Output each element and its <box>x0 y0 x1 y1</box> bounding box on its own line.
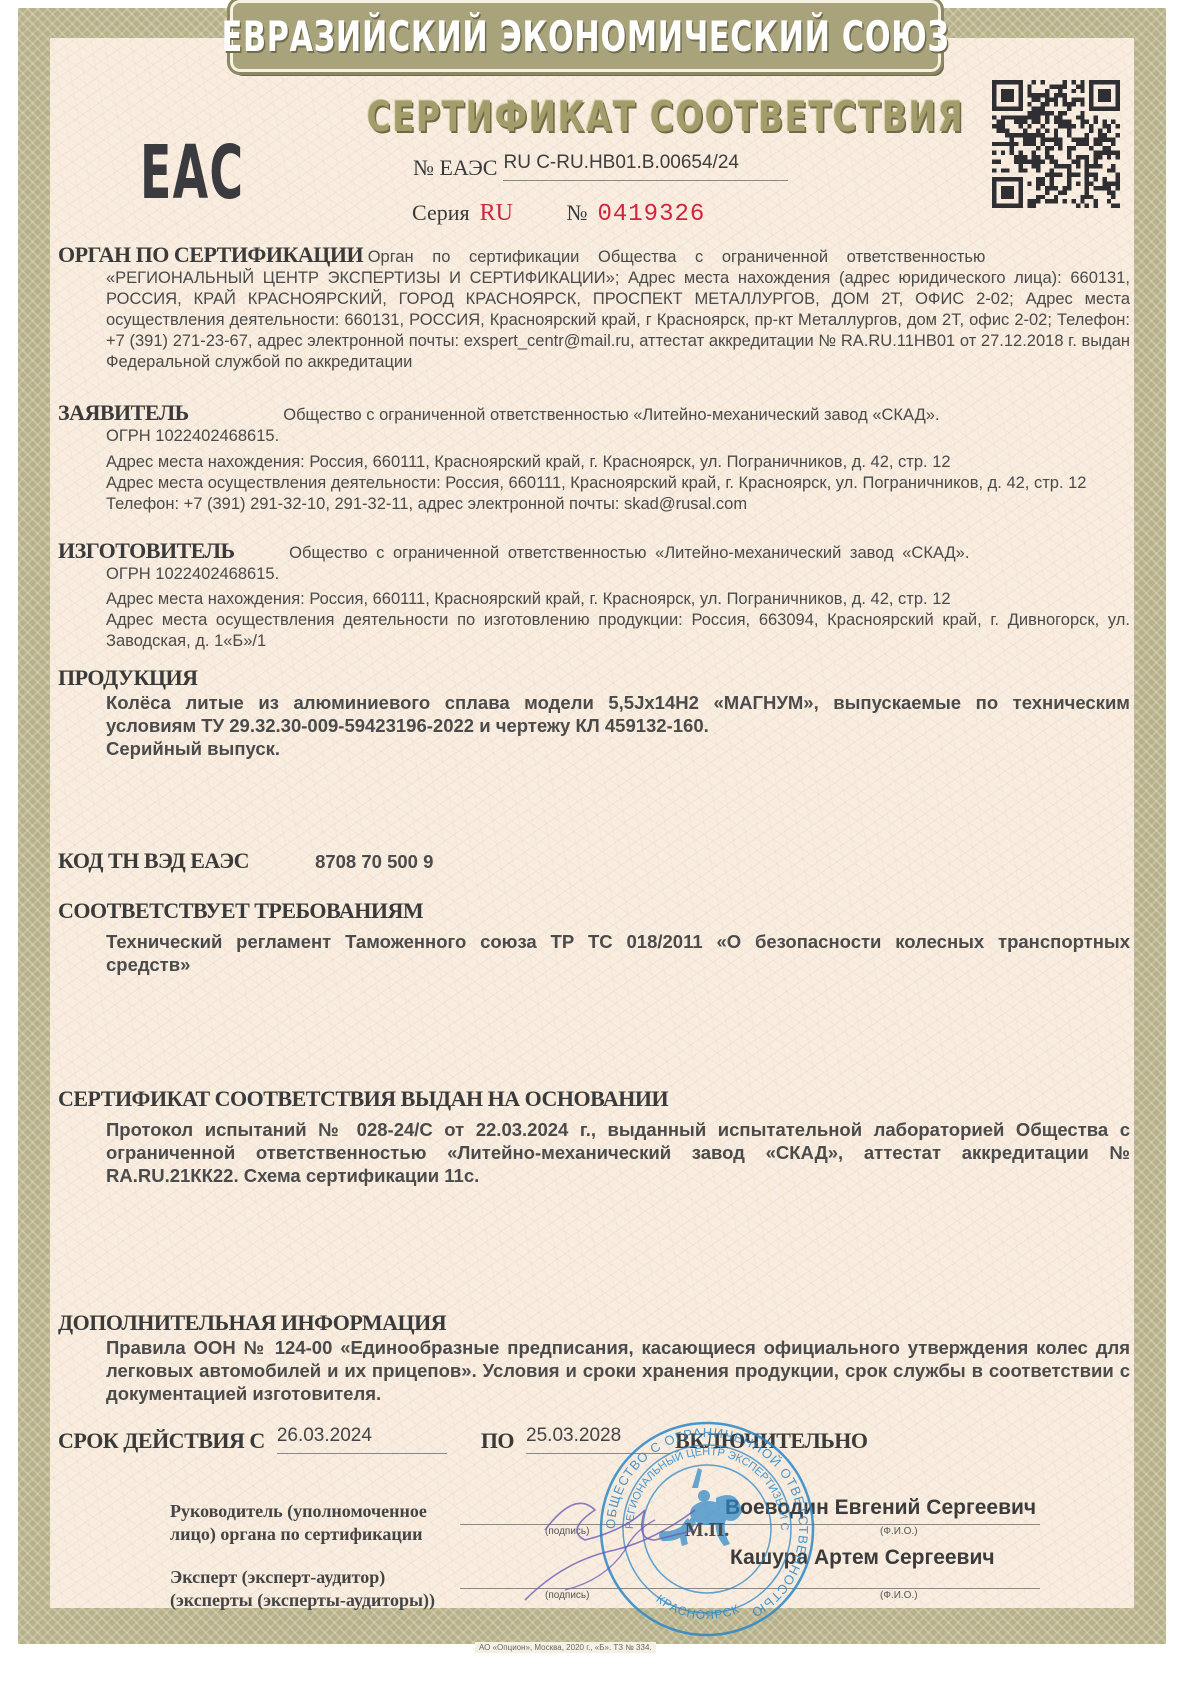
basis-text: Протокол испытаний № 028-24/С от 22.03.2… <box>58 1118 1130 1187</box>
tn-ved-code: 8708 70 500 9 <box>315 851 433 872</box>
product-description: Колёса литые из алюминиевого сплава моде… <box>58 691 1130 737</box>
applicant-ogrn: ОГРН 1022402468615. <box>58 426 1130 447</box>
registration-number: RU C-RU.НВ01.В.00654/24 <box>503 152 788 181</box>
additional-text: Правила ООН № 124-00 «Единообразные пред… <box>58 1336 1130 1405</box>
validity-from-date: 26.03.2024 <box>277 1425 447 1454</box>
certification-body-first-line: Орган по сертификации Общества с огранич… <box>368 248 986 266</box>
validity-to-label: ПО <box>481 1428 514 1454</box>
expert-label: Эксперт (эксперт-аудитор) (эксперты (экс… <box>170 1566 440 1612</box>
series-value: RU <box>480 200 513 226</box>
applicant-heading: ЗАЯВИТЕЛЬ <box>58 400 189 425</box>
manufacturer-heading: ИЗГОТОВИТЕЛЬ <box>58 538 235 563</box>
registration-label: № ЕАЭС <box>413 155 497 181</box>
eac-logo-icon: EAC <box>140 130 244 216</box>
printer-imprint: АО «Опцион», Москва, 2020 г., «Б». ТЗ № … <box>475 1642 656 1653</box>
section-basis: СЕРТИФИКАТ СООТВЕТСТВИЯ ВЫДАН НА ОСНОВАН… <box>58 1086 1130 1187</box>
manufacturer-address: Адрес места нахождения: Россия, 660111, … <box>58 589 1130 610</box>
certificate-title: СЕРТИФИКАТ СООТВЕТСТВИЯ <box>367 92 804 141</box>
validity-from-label: СРОК ДЕЙСТВИЯ С <box>58 1428 265 1454</box>
additional-heading: ДОПОЛНИТЕЛЬНАЯ ИНФОРМАЦИЯ <box>58 1310 1130 1336</box>
head-label: Руководитель (уполномоченное лицо) орган… <box>170 1500 440 1546</box>
union-banner: ЕВРАЗИЙСКИЙ ЭКОНОМИЧЕСКИЙ СОЮЗ <box>230 0 941 72</box>
union-banner-text: ЕВРАЗИЙСКИЙ ЭКОНОМИЧЕСКИЙ СОЮЗ <box>221 12 949 61</box>
manufacturer-ogrn: ОГРН 1022402468615. <box>58 564 1130 585</box>
certification-body-text: «РЕГИОНАЛЬНЫЙ ЦЕНТР ЭКСПЕРТИЗЫ И СЕРТИФИ… <box>58 268 1130 373</box>
tn-ved-heading: КОД ТН ВЭД ЕАЭС <box>58 848 249 873</box>
section-additional-info: ДОПОЛНИТЕЛЬНАЯ ИНФОРМАЦИЯ Правила ООН № … <box>58 1310 1130 1405</box>
product-heading: ПРОДУКЦИЯ <box>58 665 1130 691</box>
manufacturer-name: Общество с ограниченной ответственностью… <box>289 544 969 562</box>
compliance-text: Технический регламент Таможенного союза … <box>58 930 1130 976</box>
registration-number-row: № ЕАЭС RU C-RU.НВ01.В.00654/24 <box>413 152 788 181</box>
series-row: СерияRU №0419326 <box>412 200 705 228</box>
section-tn-ved: КОД ТН ВЭД ЕАЭС 8708 70 500 9 <box>58 848 1130 874</box>
section-certification-body: ОРГАН ПО СЕРТИФИКАЦИИ Орган по сертифика… <box>58 244 1130 373</box>
blank-number: 0419326 <box>597 201 705 228</box>
basis-heading: СЕРТИФИКАТ СООТВЕТСТВИЯ ВЫДАН НА ОСНОВАН… <box>58 1086 1130 1112</box>
certification-body-heading: ОРГАН ПО СЕРТИФИКАЦИИ <box>58 242 363 267</box>
section-manufacturer: ИЗГОТОВИТЕЛЬ Общество с ограниченной отв… <box>58 540 1130 652</box>
compliance-heading: СООТВЕТСТВУЕТ ТРЕБОВАНИЯМ <box>58 898 1130 924</box>
qr-code-icon[interactable] <box>992 80 1120 208</box>
signature-icon <box>505 1470 765 1620</box>
expert-name-caption: (Ф.И.О.) <box>880 1590 918 1601</box>
section-product: ПРОДУКЦИЯ Колёса литые из алюминиевого с… <box>58 665 1130 760</box>
manufacturer-production-address: Адрес места осуществления деятельности п… <box>58 610 1130 652</box>
number-label: № <box>566 200 587 225</box>
applicant-contacts: Телефон: +7 (391) 291-32-10, 291-32-11, … <box>58 494 1130 515</box>
product-release: Серийный выпуск. <box>58 737 1130 760</box>
applicant-name: Общество с ограниченной ответственностью… <box>283 406 939 424</box>
applicant-address: Адрес места нахождения: Россия, 660111, … <box>58 452 1130 473</box>
applicant-activity-address: Адрес места осуществления деятельности: … <box>58 473 1130 494</box>
section-applicant: ЗАЯВИТЕЛЬ Общество с ограниченной ответс… <box>58 402 1130 515</box>
section-compliance: СООТВЕТСТВУЕТ ТРЕБОВАНИЯМ Технический ре… <box>58 898 1130 976</box>
series-label: Серия <box>412 200 470 225</box>
head-name-caption: (Ф.И.О.) <box>880 1526 918 1537</box>
